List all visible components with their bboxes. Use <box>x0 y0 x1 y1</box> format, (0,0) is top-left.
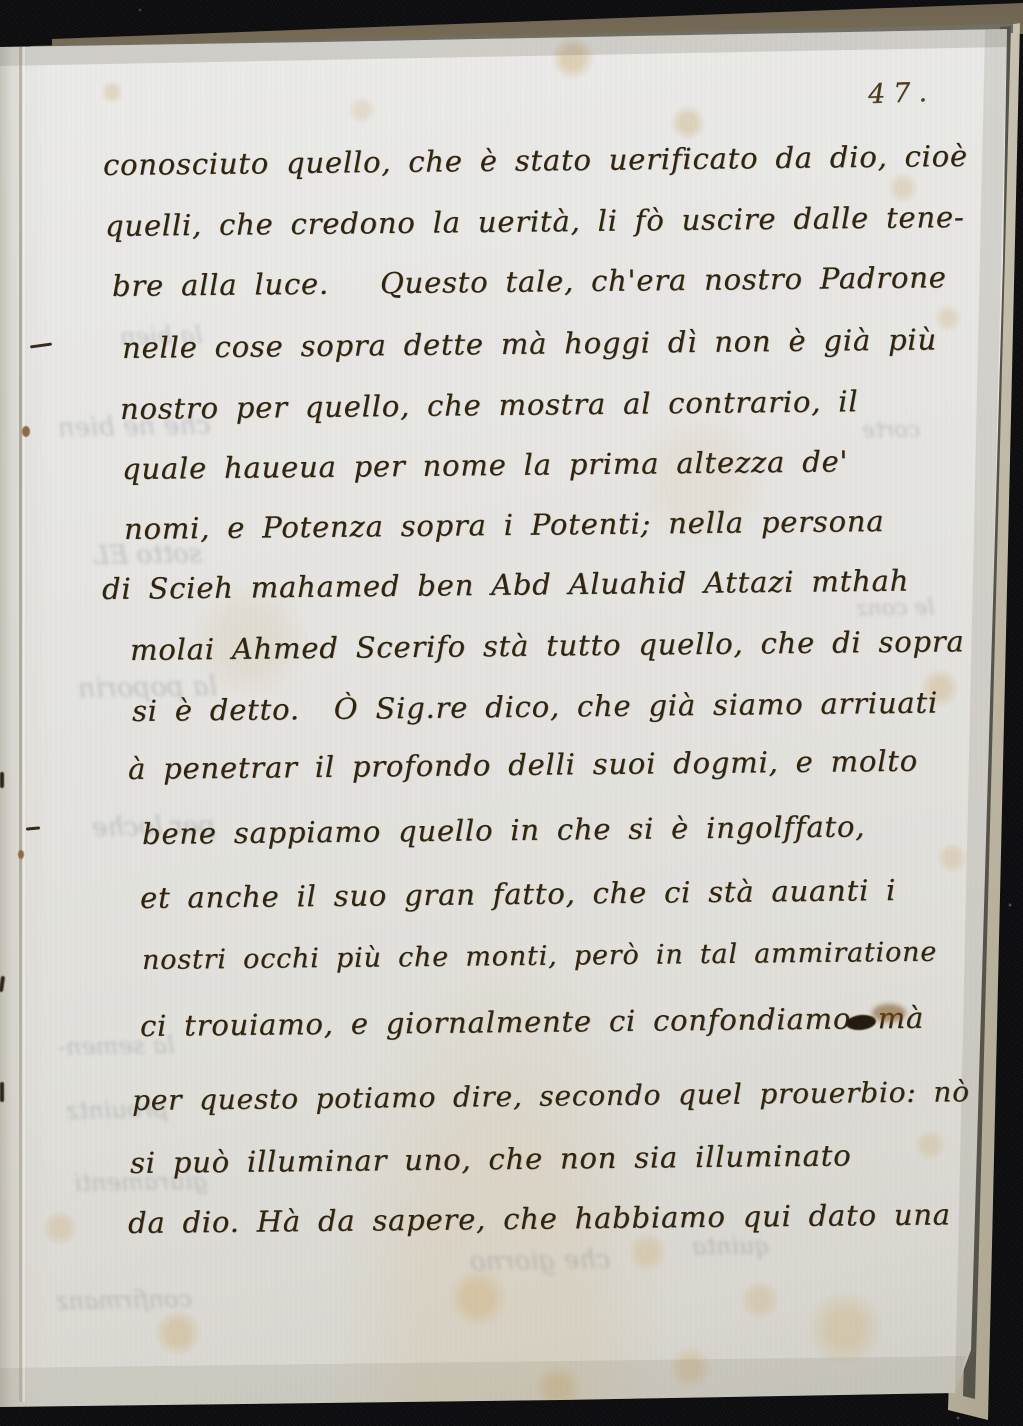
bleedthrough-text: corte <box>862 417 920 443</box>
page-number: 47. <box>867 77 935 110</box>
manuscript-line: quelli, che credono la uerità, li fò usc… <box>105 200 965 243</box>
manuscript-page: la bien che ne bien sotto EL la poporin … <box>0 0 1023 1426</box>
ink-smudge <box>872 1004 906 1022</box>
manuscript-line: bre alla luce. Questo tale, ch'era nostr… <box>112 260 947 303</box>
manuscript-line: à penetrar il profondo delli suoi dogmi,… <box>128 744 918 786</box>
binding-speck <box>22 426 30 437</box>
manuscript-line: ci trouiamo, e giornalmente ci confondia… <box>140 1001 924 1043</box>
manuscript-line: si è detto. Ò Sig.re dico, che già siamo… <box>132 686 938 728</box>
manuscript-line: si può illuminar uno, che non sia illumi… <box>130 1138 852 1180</box>
bleedthrough-text: confirmanz <box>56 1285 192 1315</box>
manuscript-line: molai Ahmed Scerifo stà tutto quello, ch… <box>130 624 965 667</box>
manuscript-line: bene sappiamo quello in che si è ingolff… <box>142 809 866 851</box>
manuscript-line: nomi, e Potenza sopra i Potenti; nella p… <box>124 504 885 546</box>
manuscript-line: conosciuto quello, che è stato uerificat… <box>103 139 968 182</box>
manuscript-line: per questo potiamo dire, secondo quel pr… <box>132 1075 970 1118</box>
gutter-crease-highlight <box>23 44 25 1402</box>
page-edge-ink-mark <box>0 1082 4 1102</box>
bleedthrough-text: le conz <box>856 595 935 621</box>
binding-speck <box>18 850 24 859</box>
page-edge-ink-mark <box>0 772 4 788</box>
manuscript-line: da dio. Hà da sapere, che habbiamo qui d… <box>128 1197 951 1240</box>
manuscript-line: di Scieh mahamed ben Abd Aluahid Attazi … <box>102 564 909 606</box>
manuscript-line: et anche il suo gran fatto, che ci stà a… <box>140 873 897 915</box>
bleedthrough-text: quinta <box>692 1231 770 1260</box>
gutter-crease-line <box>19 44 22 1402</box>
bleedthrough-text: che giorno <box>470 1245 611 1277</box>
manuscript-line: quale haueua per nome la prima altezza d… <box>122 444 849 486</box>
manuscript-line: nelle cose sopra dette mà hoggi dì non è… <box>122 322 937 365</box>
manuscript-line: nostri occhi più che monti, però in tal … <box>142 936 937 978</box>
manuscript-line: nostro per quello, che mostra al contrar… <box>120 384 859 426</box>
binding-gutter-shade <box>0 40 52 1410</box>
